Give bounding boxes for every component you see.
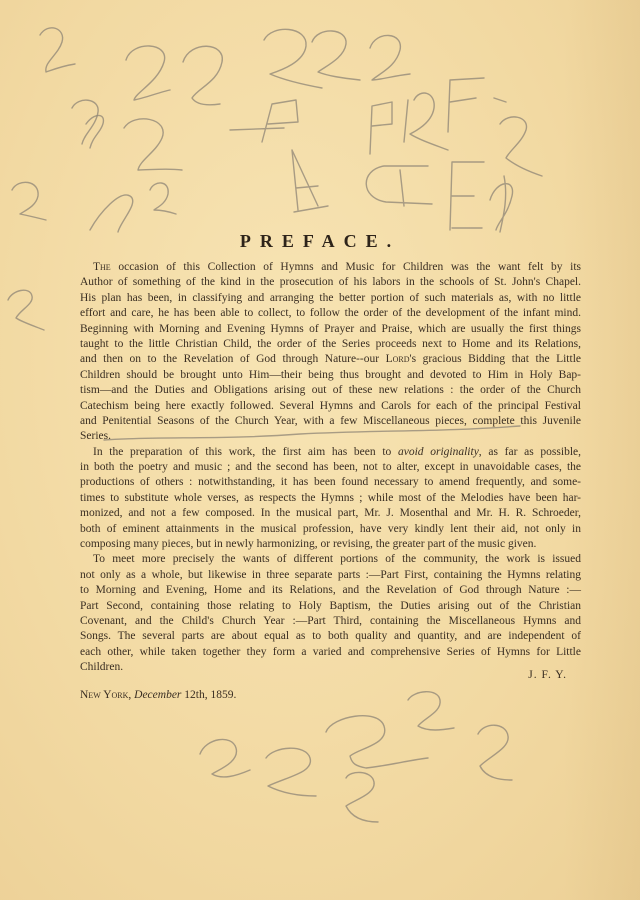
scribble-letter-p2-icon <box>370 102 392 154</box>
text-line: Series. <box>80 429 581 444</box>
text-line: Children should be brought unto Him—thei… <box>80 368 581 383</box>
scribble-letter-p-icon <box>230 100 298 142</box>
scribble-two-icon <box>8 290 44 330</box>
author-initials: J. F. Y. <box>0 669 567 681</box>
scribble-two-icon <box>500 117 542 176</box>
scribble-two-icon <box>410 93 448 150</box>
emphasis-avoid-originality: avoid originality <box>398 446 479 458</box>
scribble-two-icon <box>72 100 98 144</box>
paragraph-3: To meet more precisely the wants of diff… <box>80 552 581 675</box>
text-line: in both the poetry and music ; and the s… <box>80 460 581 475</box>
text-line: not only as a whole, but likewise in thr… <box>80 568 581 583</box>
text-line: Beginning with Morning and Evening Hymns… <box>80 322 581 337</box>
scribble-two-icon <box>408 692 454 730</box>
scribble-two-icon <box>90 195 133 232</box>
text-line: The occasion of this Collection of Hymns… <box>80 260 581 275</box>
text-line: productions of others : notwithstanding,… <box>80 475 581 490</box>
scribble-two-icon <box>266 748 316 796</box>
scribble-two-icon <box>124 119 182 170</box>
text-line: to Morning and Evening, Home and its Rel… <box>80 583 581 598</box>
scribble-two-icon <box>264 29 322 88</box>
scribble-two-icon <box>40 28 75 72</box>
paragraph-2: In the preparation of this work, the fir… <box>80 445 581 553</box>
scribble-two-icon <box>312 31 360 80</box>
scribble-two-icon <box>86 115 103 148</box>
text-line: both of eminent attainments in the music… <box>80 522 581 537</box>
paragraph-1: The occasion of this Collection of Hymns… <box>80 260 581 445</box>
text-line: In the preparation of this work, the fir… <box>80 445 581 460</box>
text-line: Author of something of the kind in the p… <box>80 275 581 290</box>
text-line: tism—and the Duties and Obligations aris… <box>80 383 581 398</box>
text-line: Part Second, containing those relating t… <box>80 599 581 614</box>
text-line: Catechism being here exactly followed. S… <box>80 399 581 414</box>
scanned-page: PREFACE. The occasion of this Collection… <box>0 0 640 900</box>
text-line: monized, and not a few composed. In the … <box>80 506 581 521</box>
preface-body: The occasion of this Collection of Hymns… <box>80 260 581 676</box>
scribble-letter-c-icon <box>366 166 432 206</box>
scribble-q-icon <box>490 176 513 232</box>
dateline-place: New York, <box>80 689 131 701</box>
dateline-month: December <box>134 689 181 701</box>
scribble-two-icon <box>200 739 250 777</box>
text-line: Covenant, and the Child's Church Year :—… <box>80 614 581 629</box>
text-line: composing many pieces, but in newly harm… <box>80 537 581 552</box>
text-line: Songs. The several parts are about equal… <box>80 629 581 644</box>
scribble-letter-i-icon <box>404 100 408 142</box>
scribble-two-icon <box>183 46 222 105</box>
scribble-letter-f-icon <box>448 78 506 132</box>
scribble-two-icon <box>478 725 512 780</box>
scribble-letter-a-icon <box>292 150 328 212</box>
page-title: PREFACE. <box>0 231 640 252</box>
text-line: and Penitential Seasons of the Church Ye… <box>80 414 581 429</box>
text-line: effort and care, he has been able to col… <box>80 306 581 321</box>
scribble-two-icon <box>326 716 428 768</box>
text-line: times to substitute whole verses, as res… <box>80 491 581 506</box>
scribble-two-icon <box>12 182 46 220</box>
scribble-letter-e-icon <box>450 162 484 230</box>
scribble-two-icon <box>150 183 176 214</box>
scribble-two-icon <box>346 772 378 822</box>
text-line: His plan has been, in classifying and ar… <box>80 291 581 306</box>
text-line: and then on to the Revelation of God thr… <box>80 352 581 367</box>
dateline: New York, December 12th, 1859. <box>80 689 236 701</box>
text-line: taught to the little Christian Child, th… <box>80 337 581 352</box>
scribble-two-icon <box>126 46 170 100</box>
text-line: each other, while taken together they fo… <box>80 645 581 660</box>
scribble-two-icon <box>370 35 410 80</box>
text-line: To meet more precisely the wants of diff… <box>80 552 581 567</box>
dateline-day-year: 12th, 1859. <box>181 689 236 701</box>
